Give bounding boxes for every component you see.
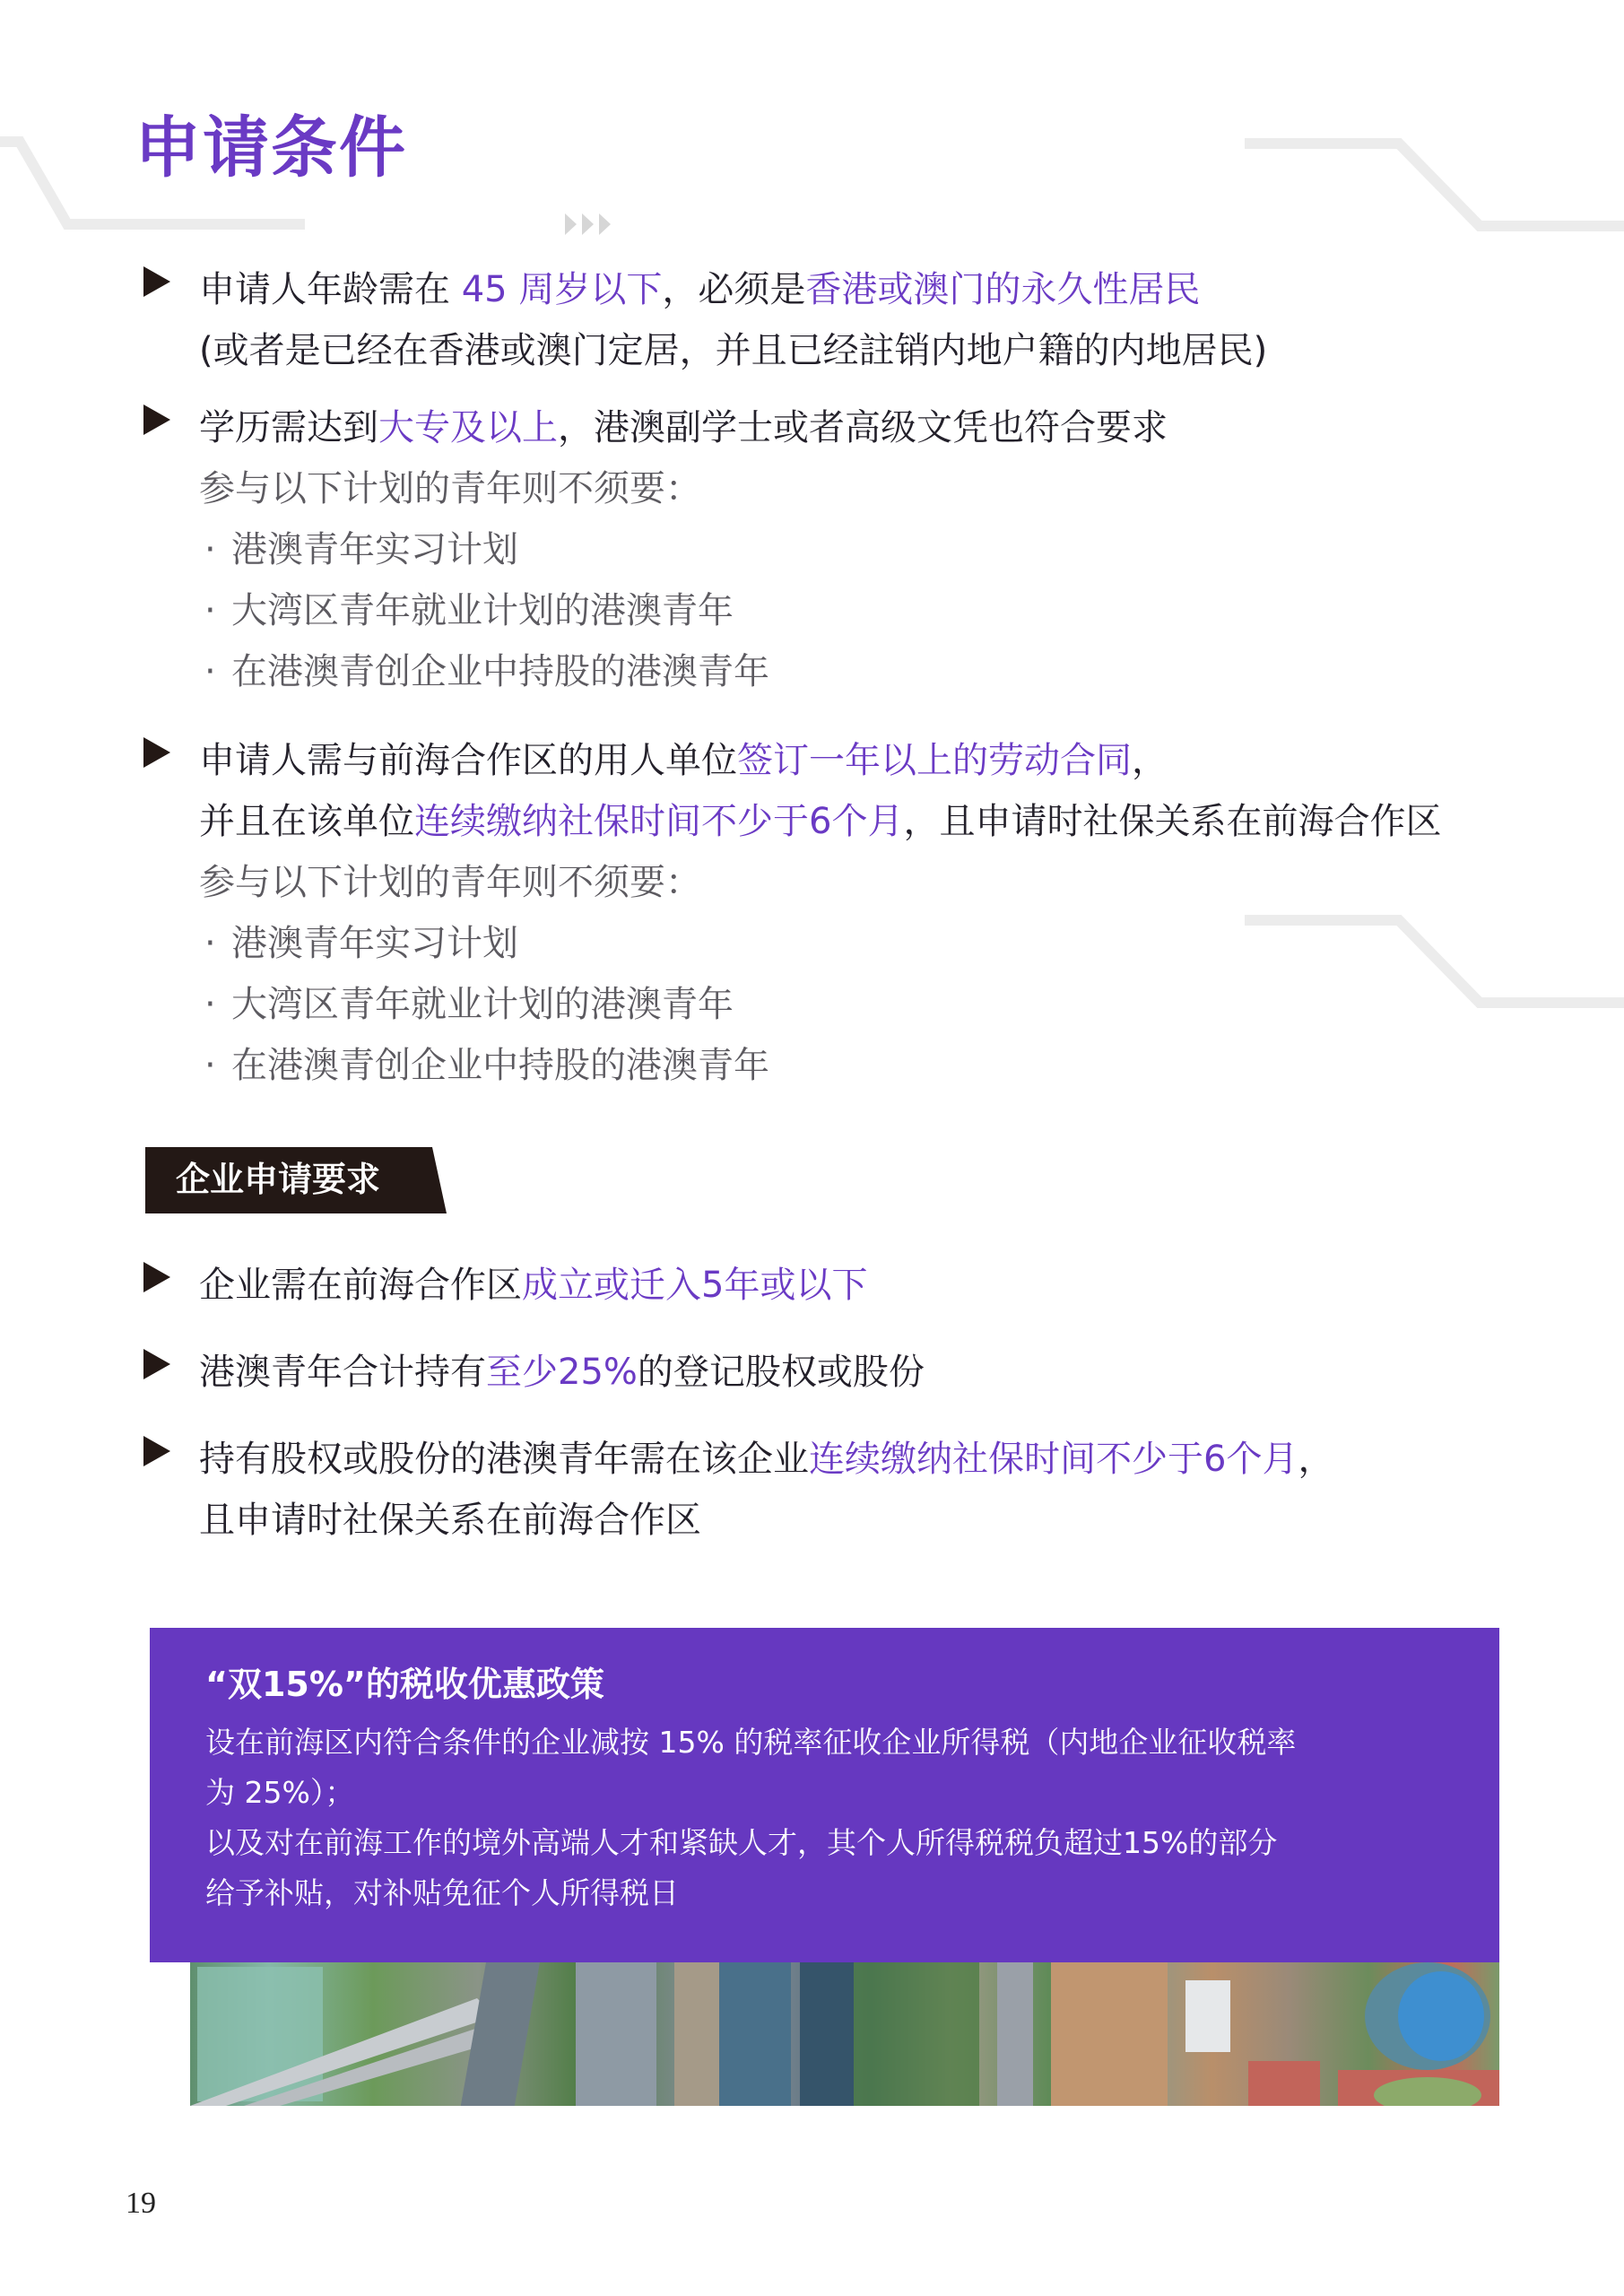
dot-bullet-icon: · [204,974,231,1035]
body-text: 持有股权或股份的港澳青年需在该企业 [199,1439,809,1480]
dot-bullet-icon: · [204,641,231,702]
body-text: 且申请时社保关系在前海合作区 [199,1500,701,1541]
exemption-item: ·大湾区青年就业计划的港澳青年 [143,974,1441,1035]
body-text: ，必须是 [662,269,805,310]
triangle-bullet-icon [143,266,170,297]
requirement-item: 申请人需与前海合作区的用人单位签订一年以上的劳动合同，并且在该单位连续缴纳社保时… [143,730,1441,1096]
tax-policy-line: 给予补贴，对补贴免征个人所得税日 [205,1868,1461,1918]
highlight-text: 至少25% [486,1352,638,1393]
exemption-item: ·港澳青年实习计划 [143,519,1168,580]
exemption-item: ·大湾区青年就业计划的港澳青年 [143,580,1168,641]
exemption-intro: 参与以下计划的青年则不须要： [143,458,1168,519]
text-line: 并且在该单位连续缴纳社保时间不少于6个月，且申请时社保关系在前海合作区 [143,791,1441,852]
exemption-intro: 参与以下计划的青年则不须要： [143,852,1441,913]
page-number: 19 [126,2187,156,2221]
requirement-item: 申请人年龄需在 45 周岁以下，必须是香港或澳门的永久性居民(或者是已经在香港或… [143,259,1267,381]
body-text: 并且在该单位 [199,801,414,842]
text-line: 学历需达到大专及以上，港澳副学士或者高级文凭也符合要求 [199,397,1168,458]
requirement-item: 学历需达到大专及以上，港澳副学士或者高级文凭也符合要求参与以下计划的青年则不须要… [143,397,1168,702]
dot-bullet-icon: · [204,913,231,974]
body-text: ， [1298,1439,1333,1480]
exemption-item: ·在港澳青创企业中持股的港澳青年 [143,1035,1441,1096]
enterprise-section-label: 企业申请要求 [176,1156,380,1203]
body-text: ， [1132,740,1168,781]
requirement-item: 企业需在前海合作区成立或迁入5年或以下 [143,1255,867,1316]
triangle-bullet-icon [143,404,170,435]
exemption-item: ·港澳青年实习计划 [143,913,1441,974]
triangle-bullet-icon [143,1349,170,1379]
highlight-text: 香港或澳门的永久性居民 [805,269,1200,310]
text-line: 申请人年龄需在 45 周岁以下，必须是香港或澳门的永久性居民 [199,259,1200,320]
highlight-text: 成立或迁入5年或以下 [522,1265,867,1306]
highlight-text: 大专及以上 [378,407,558,448]
triangle-bullet-icon [143,737,170,768]
tax-policy-line: 以及对在前海工作的境外高端人才和紧缺人才，其个人所得税税负超过15%的部分 [205,1818,1461,1868]
text-line: 企业需在前海合作区成立或迁入5年或以下 [199,1255,867,1316]
tax-policy-box: “双15%”的税收优惠政策 设在前海区内符合条件的企业减按 15% 的税率征收企… [150,1628,1499,1962]
dot-bullet-icon: · [204,519,231,580]
text-line: (或者是已经在香港或澳门定居，并且已经註销内地户籍的内地居民) [143,320,1267,381]
triangle-bullet-icon [143,1436,170,1466]
body-text: ，港澳副学士或者高级文凭也符合要求 [558,407,1168,448]
page-title: 申请条件 [135,115,407,181]
triple-arrow-icon [565,213,611,235]
body-text: (或者是已经在香港或澳门定居，并且已经註销内地户籍的内地居民) [199,330,1267,371]
enterprise-section-tag: 企业申请要求 [145,1147,447,1213]
tax-policy-body: 设在前海区内符合条件的企业减按 15% 的税率征收企业所得税（内地企业征收税率 … [205,1718,1461,1918]
body-text: 的登记股权或股份 [638,1352,925,1393]
highlight-text: 连续缴纳社保时间不少于6个月 [809,1439,1298,1480]
requirement-item: 持有股权或股份的港澳青年需在该企业连续缴纳社保时间不少于6个月，且申请时社保关系… [143,1429,1333,1551]
requirement-item: 港澳青年合计持有至少25%的登记股权或股份 [143,1342,925,1403]
body-text: 申请人年龄需在 [199,269,462,310]
highlight-text: 45 周岁以下 [462,269,663,310]
body-text: ，且申请时社保关系在前海合作区 [903,801,1441,842]
exemption-item: ·在港澳青创企业中持股的港澳青年 [143,641,1168,702]
dot-bullet-icon: · [204,1035,231,1096]
highlight-text: 签订一年以上的劳动合同 [737,740,1132,781]
dot-bullet-icon: · [204,580,231,641]
body-text: 企业需在前海合作区 [199,1265,522,1306]
text-line: 港澳青年合计持有至少25%的登记股权或股份 [199,1342,925,1403]
text-line: 且申请时社保关系在前海合作区 [143,1490,1333,1551]
aerial-city-photo [190,1962,1499,2106]
body-text: 学历需达到 [199,407,378,448]
highlight-text: 连续缴纳社保时间不少于6个月 [414,801,903,842]
text-line: 申请人需与前海合作区的用人单位签订一年以上的劳动合同， [199,730,1168,791]
triangle-bullet-icon [143,1262,170,1292]
tax-policy-title: “双15%”的税收优惠政策 [205,1662,604,1707]
body-text: 申请人需与前海合作区的用人单位 [199,740,737,781]
body-text: 港澳青年合计持有 [199,1352,486,1393]
text-line: 持有股权或股份的港澳青年需在该企业连续缴纳社保时间不少于6个月， [199,1429,1333,1490]
tax-policy-line: 为 25%）； [205,1768,1461,1818]
tax-policy-line: 设在前海区内符合条件的企业减按 15% 的税率征收企业所得税（内地企业征收税率 [205,1718,1461,1768]
photo-illustration [190,1962,1499,2106]
